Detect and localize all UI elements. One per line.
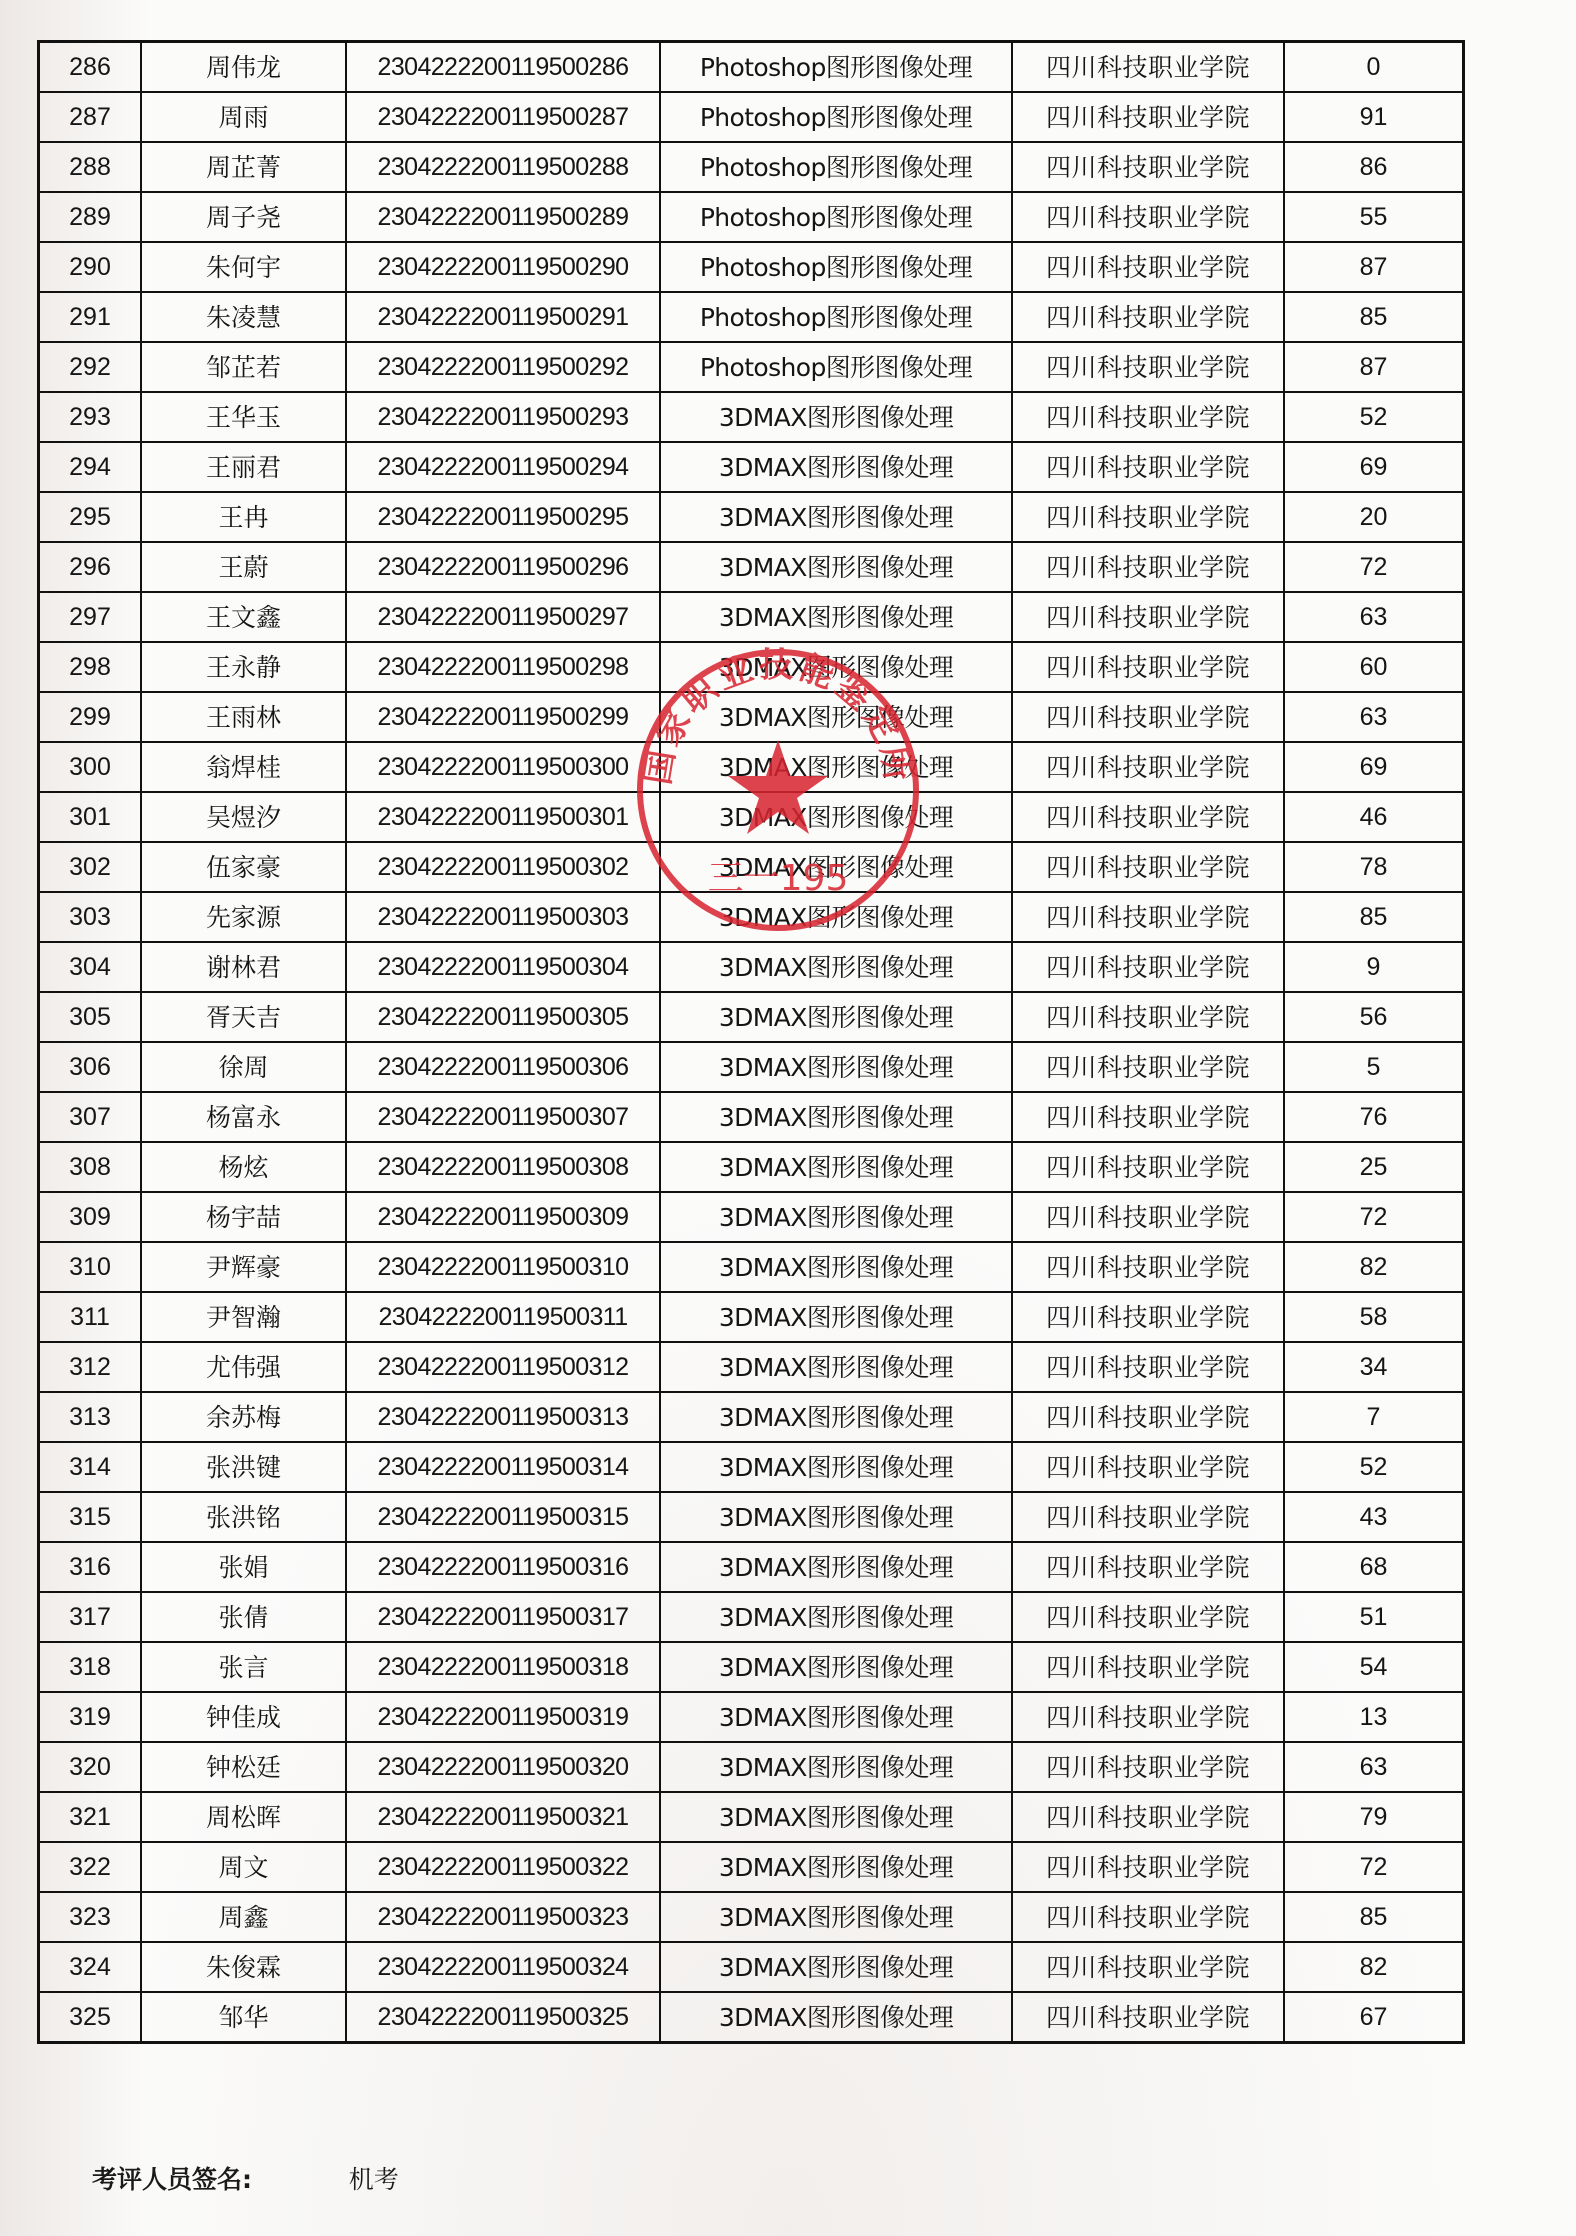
row-school: 四川科技职业学院	[1012, 1942, 1284, 1992]
table-row: 300 翁焊桂 2304222200119500300 3DMAX图形图像处理 …	[39, 742, 1464, 792]
row-school: 四川科技职业学院	[1012, 1792, 1284, 1842]
row-score: 72	[1284, 542, 1464, 592]
row-score: 85	[1284, 892, 1464, 942]
signature-label: 考评人员签名:	[92, 2160, 340, 2196]
row-seq: 319	[39, 1692, 142, 1742]
row-ticket-number: 2304222200119500298	[346, 642, 660, 692]
row-course: 3DMAX图形图像处理	[660, 1642, 1012, 1692]
row-course: 3DMAX图形图像处理	[660, 842, 1012, 892]
row-score: 0	[1284, 42, 1464, 93]
row-seq: 292	[39, 342, 142, 392]
row-course: 3DMAX图形图像处理	[660, 742, 1012, 792]
row-ticket-number: 2304222200119500288	[346, 142, 660, 192]
row-school: 四川科技职业学院	[1012, 1092, 1284, 1142]
row-score: 85	[1284, 1892, 1464, 1942]
table-row: 287 周雨 2304222200119500287 Photoshop图形图像…	[39, 92, 1464, 142]
table-row: 318 张言 2304222200119500318 3DMAX图形图像处理 四…	[39, 1642, 1464, 1692]
table-row: 289 周子尧 2304222200119500289 Photoshop图形图…	[39, 192, 1464, 242]
row-school: 四川科技职业学院	[1012, 42, 1284, 93]
row-course: Photoshop图形图像处理	[660, 92, 1012, 142]
row-school: 四川科技职业学院	[1012, 1292, 1284, 1342]
table-row: 286 周伟龙 2304222200119500286 Photoshop图形图…	[39, 42, 1464, 93]
table-row: 319 钟佳成 2304222200119500319 3DMAX图形图像处理 …	[39, 1692, 1464, 1742]
row-school: 四川科技职业学院	[1012, 642, 1284, 692]
row-score: 76	[1284, 1092, 1464, 1142]
row-ticket-number: 2304222200119500291	[346, 292, 660, 342]
row-name: 杨炫	[141, 1142, 346, 1192]
table-row: 298 王永静 2304222200119500298 3DMAX图形图像处理 …	[39, 642, 1464, 692]
table-row: 310 尹辉豪 2304222200119500310 3DMAX图形图像处理 …	[39, 1242, 1464, 1292]
row-school: 四川科技职业学院	[1012, 1192, 1284, 1242]
row-seq: 325	[39, 1992, 142, 2043]
row-name: 周文	[141, 1842, 346, 1892]
row-seq: 313	[39, 1392, 142, 1442]
row-score: 82	[1284, 1242, 1464, 1292]
row-name: 朱何宇	[141, 242, 346, 292]
row-course: 3DMAX图形图像处理	[660, 442, 1012, 492]
row-school: 四川科技职业学院	[1012, 442, 1284, 492]
row-name: 邹芷若	[141, 342, 346, 392]
row-score: 63	[1284, 692, 1464, 742]
row-ticket-number: 2304222200119500295	[346, 492, 660, 542]
row-seq: 290	[39, 242, 142, 292]
table-row: 317 张倩 2304222200119500317 3DMAX图形图像处理 四…	[39, 1592, 1464, 1642]
row-name: 杨宇喆	[141, 1192, 346, 1242]
row-seq: 322	[39, 1842, 142, 1892]
row-score: 87	[1284, 242, 1464, 292]
row-ticket-number: 2304222200119500312	[346, 1342, 660, 1392]
row-score: 87	[1284, 342, 1464, 392]
row-ticket-number: 2304222200119500296	[346, 542, 660, 592]
row-course: 3DMAX图形图像处理	[660, 992, 1012, 1042]
row-course: 3DMAX图形图像处理	[660, 1442, 1012, 1492]
row-seq: 307	[39, 1092, 142, 1142]
row-score: 69	[1284, 442, 1464, 492]
row-seq: 300	[39, 742, 142, 792]
row-ticket-number: 2304222200119500308	[346, 1142, 660, 1192]
row-name: 周鑫	[141, 1892, 346, 1942]
row-school: 四川科技职业学院	[1012, 192, 1284, 242]
row-seq: 287	[39, 92, 142, 142]
row-score: 7	[1284, 1392, 1464, 1442]
row-ticket-number: 2304222200119500289	[346, 192, 660, 242]
row-score: 63	[1284, 592, 1464, 642]
row-name: 杨富永	[141, 1092, 346, 1142]
row-seq: 310	[39, 1242, 142, 1292]
row-seq: 309	[39, 1192, 142, 1242]
row-name: 周伟龙	[141, 42, 346, 93]
row-course: 3DMAX图形图像处理	[660, 1692, 1012, 1742]
row-ticket-number: 2304222200119500311	[346, 1292, 660, 1342]
table-row: 307 杨富永 2304222200119500307 3DMAX图形图像处理 …	[39, 1092, 1464, 1142]
score-table-body: 286 周伟龙 2304222200119500286 Photoshop图形图…	[39, 42, 1464, 2043]
table-row: 306 徐周 2304222200119500306 3DMAX图形图像处理 四…	[39, 1042, 1464, 1092]
table-row: 324 朱俊霖 2304222200119500324 3DMAX图形图像处理 …	[39, 1942, 1464, 1992]
row-ticket-number: 2304222200119500322	[346, 1842, 660, 1892]
row-school: 四川科技职业学院	[1012, 92, 1284, 142]
row-score: 34	[1284, 1342, 1464, 1392]
row-ticket-number: 2304222200119500297	[346, 592, 660, 642]
row-score: 67	[1284, 1992, 1464, 2043]
row-course: 3DMAX图形图像处理	[660, 1192, 1012, 1242]
table-row: 295 王冉 2304222200119500295 3DMAX图形图像处理 四…	[39, 492, 1464, 542]
row-course: 3DMAX图形图像处理	[660, 1792, 1012, 1842]
row-school: 四川科技职业学院	[1012, 1842, 1284, 1892]
row-score: 20	[1284, 492, 1464, 542]
row-course: 3DMAX图形图像处理	[660, 942, 1012, 992]
row-seq: 291	[39, 292, 142, 342]
row-score: 55	[1284, 192, 1464, 242]
row-name: 王蔚	[141, 542, 346, 592]
row-score: 13	[1284, 1692, 1464, 1742]
row-name: 尹智瀚	[141, 1292, 346, 1342]
row-school: 四川科技职业学院	[1012, 242, 1284, 292]
signature-value: 机考	[349, 2165, 399, 2194]
row-school: 四川科技职业学院	[1012, 1492, 1284, 1542]
row-ticket-number: 2304222200119500286	[346, 42, 660, 93]
row-name: 谢林君	[141, 942, 346, 992]
row-course: 3DMAX图形图像处理	[660, 1942, 1012, 1992]
row-course: 3DMAX图形图像处理	[660, 892, 1012, 942]
row-course: 3DMAX图形图像处理	[660, 542, 1012, 592]
score-table: 286 周伟龙 2304222200119500286 Photoshop图形图…	[37, 40, 1465, 2044]
row-ticket-number: 2304222200119500290	[346, 242, 660, 292]
row-name: 张洪铭	[141, 1492, 346, 1542]
row-ticket-number: 2304222200119500301	[346, 792, 660, 842]
table-row: 291 朱凌慧 2304222200119500291 Photoshop图形图…	[39, 292, 1464, 342]
row-ticket-number: 2304222200119500324	[346, 1942, 660, 1992]
row-name: 王永静	[141, 642, 346, 692]
row-course: Photoshop图形图像处理	[660, 342, 1012, 392]
table-row: 311 尹智瀚 2304222200119500311 3DMAX图形图像处理 …	[39, 1292, 1464, 1342]
table-row: 325 邹华 2304222200119500325 3DMAX图形图像处理 四…	[39, 1992, 1464, 2043]
row-ticket-number: 2304222200119500316	[346, 1542, 660, 1592]
row-seq: 318	[39, 1642, 142, 1692]
row-course: 3DMAX图形图像处理	[660, 1842, 1012, 1892]
row-score: 60	[1284, 642, 1464, 692]
table-row: 293 王华玉 2304222200119500293 3DMAX图形图像处理 …	[39, 392, 1464, 442]
row-ticket-number: 2304222200119500306	[346, 1042, 660, 1092]
row-seq: 315	[39, 1492, 142, 1542]
row-seq: 288	[39, 142, 142, 192]
table-row: 297 王文鑫 2304222200119500297 3DMAX图形图像处理 …	[39, 592, 1464, 642]
row-name: 胥天吉	[141, 992, 346, 1042]
row-name: 余苏梅	[141, 1392, 346, 1442]
row-ticket-number: 2304222200119500325	[346, 1992, 660, 2043]
table-row: 321 周松晖 2304222200119500321 3DMAX图形图像处理 …	[39, 1792, 1464, 1842]
row-school: 四川科技职业学院	[1012, 1392, 1284, 1442]
row-name: 伍家豪	[141, 842, 346, 892]
row-course: 3DMAX图形图像处理	[660, 1392, 1012, 1442]
row-score: 52	[1284, 1442, 1464, 1492]
row-seq: 312	[39, 1342, 142, 1392]
row-name: 翁焊桂	[141, 742, 346, 792]
row-score: 25	[1284, 1142, 1464, 1192]
row-name: 朱俊霖	[141, 1942, 346, 1992]
row-course: Photoshop图形图像处理	[660, 192, 1012, 242]
row-score: 78	[1284, 842, 1464, 892]
row-course: 3DMAX图形图像处理	[660, 492, 1012, 542]
row-name: 邹华	[141, 1992, 346, 2043]
row-score: 69	[1284, 742, 1464, 792]
row-score: 63	[1284, 1742, 1464, 1792]
row-course: 3DMAX图形图像处理	[660, 1142, 1012, 1192]
row-school: 四川科技职业学院	[1012, 1542, 1284, 1592]
row-seq: 311	[39, 1292, 142, 1342]
row-school: 四川科技职业学院	[1012, 342, 1284, 392]
row-ticket-number: 2304222200119500319	[346, 1692, 660, 1742]
row-score: 86	[1284, 142, 1464, 192]
row-course: 3DMAX图形图像处理	[660, 692, 1012, 742]
table-row: 299 王雨林 2304222200119500299 3DMAX图形图像处理 …	[39, 692, 1464, 742]
row-school: 四川科技职业学院	[1012, 542, 1284, 592]
row-seq: 324	[39, 1942, 142, 1992]
row-name: 钟松廷	[141, 1742, 346, 1792]
row-course: 3DMAX图形图像处理	[660, 1042, 1012, 1092]
row-ticket-number: 2304222200119500300	[346, 742, 660, 792]
row-school: 四川科技职业学院	[1012, 1242, 1284, 1292]
row-ticket-number: 2304222200119500309	[346, 1192, 660, 1242]
table-row: 294 王丽君 2304222200119500294 3DMAX图形图像处理 …	[39, 442, 1464, 492]
row-score: 54	[1284, 1642, 1464, 1692]
row-school: 四川科技职业学院	[1012, 1042, 1284, 1092]
table-row: 303 先家源 2304222200119500303 3DMAX图形图像处理 …	[39, 892, 1464, 942]
row-score: 46	[1284, 792, 1464, 842]
row-school: 四川科技职业学院	[1012, 1892, 1284, 1942]
row-school: 四川科技职业学院	[1012, 392, 1284, 442]
row-school: 四川科技职业学院	[1012, 142, 1284, 192]
row-seq: 306	[39, 1042, 142, 1092]
row-seq: 308	[39, 1142, 142, 1192]
row-ticket-number: 2304222200119500302	[346, 842, 660, 892]
row-school: 四川科技职业学院	[1012, 1742, 1284, 1792]
row-seq: 304	[39, 942, 142, 992]
row-seq: 314	[39, 1442, 142, 1492]
row-seq: 299	[39, 692, 142, 742]
row-course: 3DMAX图形图像处理	[660, 1342, 1012, 1392]
table-row: 322 周文 2304222200119500322 3DMAX图形图像处理 四…	[39, 1842, 1464, 1892]
row-seq: 317	[39, 1592, 142, 1642]
row-name: 王丽君	[141, 442, 346, 492]
row-seq: 305	[39, 992, 142, 1042]
row-score: 68	[1284, 1542, 1464, 1592]
row-seq: 286	[39, 42, 142, 93]
table-row: 296 王蔚 2304222200119500296 3DMAX图形图像处理 四…	[39, 542, 1464, 592]
row-name: 王雨林	[141, 692, 346, 742]
row-seq: 296	[39, 542, 142, 592]
row-name: 周子尧	[141, 192, 346, 242]
table-row: 290 朱何宇 2304222200119500290 Photoshop图形图…	[39, 242, 1464, 292]
row-course: 3DMAX图形图像处理	[660, 792, 1012, 842]
row-ticket-number: 2304222200119500305	[346, 992, 660, 1042]
table-row: 323 周鑫 2304222200119500323 3DMAX图形图像处理 四…	[39, 1892, 1464, 1942]
row-name: 张言	[141, 1642, 346, 1692]
row-score: 58	[1284, 1292, 1464, 1342]
row-seq: 302	[39, 842, 142, 892]
row-ticket-number: 2304222200119500323	[346, 1892, 660, 1942]
row-course: 3DMAX图形图像处理	[660, 392, 1012, 442]
row-name: 徐周	[141, 1042, 346, 1092]
table-row: 313 余苏梅 2304222200119500313 3DMAX图形图像处理 …	[39, 1392, 1464, 1442]
row-seq: 316	[39, 1542, 142, 1592]
table-row: 308 杨炫 2304222200119500308 3DMAX图形图像处理 四…	[39, 1142, 1464, 1192]
row-school: 四川科技职业学院	[1012, 492, 1284, 542]
row-course: 3DMAX图形图像处理	[660, 1492, 1012, 1542]
row-course: 3DMAX图形图像处理	[660, 1242, 1012, 1292]
row-school: 四川科技职业学院	[1012, 1592, 1284, 1642]
row-course: 3DMAX图形图像处理	[660, 1742, 1012, 1792]
row-ticket-number: 2304222200119500292	[346, 342, 660, 392]
row-seq: 294	[39, 442, 142, 492]
examiner-signature: 考评人员签名: 机考	[92, 2160, 399, 2196]
row-score: 72	[1284, 1842, 1464, 1892]
row-seq: 321	[39, 1792, 142, 1842]
row-school: 四川科技职业学院	[1012, 1142, 1284, 1192]
row-course: 3DMAX图形图像处理	[660, 1892, 1012, 1942]
row-name: 王冉	[141, 492, 346, 542]
table-row: 320 钟松廷 2304222200119500320 3DMAX图形图像处理 …	[39, 1742, 1464, 1792]
row-course: Photoshop图形图像处理	[660, 142, 1012, 192]
row-ticket-number: 2304222200119500314	[346, 1442, 660, 1492]
row-score: 79	[1284, 1792, 1464, 1842]
row-score: 9	[1284, 942, 1464, 992]
row-seq: 293	[39, 392, 142, 442]
row-score: 85	[1284, 292, 1464, 342]
row-name: 张娟	[141, 1542, 346, 1592]
table-row: 305 胥天吉 2304222200119500305 3DMAX图形图像处理 …	[39, 992, 1464, 1042]
row-score: 43	[1284, 1492, 1464, 1542]
row-course: Photoshop图形图像处理	[660, 42, 1012, 93]
row-name: 周雨	[141, 92, 346, 142]
row-seq: 323	[39, 1892, 142, 1942]
row-school: 四川科技职业学院	[1012, 292, 1284, 342]
row-name: 张倩	[141, 1592, 346, 1642]
row-name: 张洪键	[141, 1442, 346, 1492]
table-row: 304 谢林君 2304222200119500304 3DMAX图形图像处理 …	[39, 942, 1464, 992]
table-row: 315 张洪铭 2304222200119500315 3DMAX图形图像处理 …	[39, 1492, 1464, 1542]
row-score: 72	[1284, 1192, 1464, 1242]
row-ticket-number: 2304222200119500304	[346, 942, 660, 992]
row-school: 四川科技职业学院	[1012, 1642, 1284, 1692]
row-score: 5	[1284, 1042, 1464, 1092]
row-ticket-number: 2304222200119500318	[346, 1642, 660, 1692]
row-course: 3DMAX图形图像处理	[660, 642, 1012, 692]
row-ticket-number: 2304222200119500321	[346, 1792, 660, 1842]
row-ticket-number: 2304222200119500293	[346, 392, 660, 442]
row-course: 3DMAX图形图像处理	[660, 1542, 1012, 1592]
row-school: 四川科技职业学院	[1012, 1342, 1284, 1392]
row-school: 四川科技职业学院	[1012, 842, 1284, 892]
row-score: 56	[1284, 992, 1464, 1042]
row-ticket-number: 2304222200119500317	[346, 1592, 660, 1642]
row-name: 朱凌慧	[141, 292, 346, 342]
row-seq: 295	[39, 492, 142, 542]
row-name: 王华玉	[141, 392, 346, 442]
row-ticket-number: 2304222200119500303	[346, 892, 660, 942]
row-ticket-number: 2304222200119500287	[346, 92, 660, 142]
row-school: 四川科技职业学院	[1012, 1992, 1284, 2043]
row-course: 3DMAX图形图像处理	[660, 1292, 1012, 1342]
row-name: 王文鑫	[141, 592, 346, 642]
row-school: 四川科技职业学院	[1012, 792, 1284, 842]
row-seq: 303	[39, 892, 142, 942]
table-row: 292 邹芷若 2304222200119500292 Photoshop图形图…	[39, 342, 1464, 392]
row-name: 钟佳成	[141, 1692, 346, 1742]
row-ticket-number: 2304222200119500313	[346, 1392, 660, 1442]
row-seq: 298	[39, 642, 142, 692]
row-course: 3DMAX图形图像处理	[660, 1092, 1012, 1142]
row-name: 尤伟强	[141, 1342, 346, 1392]
row-seq: 289	[39, 192, 142, 242]
row-score: 91	[1284, 92, 1464, 142]
row-school: 四川科技职业学院	[1012, 892, 1284, 942]
row-school: 四川科技职业学院	[1012, 742, 1284, 792]
row-course: 3DMAX图形图像处理	[660, 1592, 1012, 1642]
row-seq: 301	[39, 792, 142, 842]
row-score: 52	[1284, 392, 1464, 442]
row-score: 51	[1284, 1592, 1464, 1642]
row-name: 先家源	[141, 892, 346, 942]
row-school: 四川科技职业学院	[1012, 942, 1284, 992]
row-score: 82	[1284, 1942, 1464, 1992]
table-row: 301 吴煜汐 2304222200119500301 3DMAX图形图像处理 …	[39, 792, 1464, 842]
table-row: 312 尤伟强 2304222200119500312 3DMAX图形图像处理 …	[39, 1342, 1464, 1392]
row-school: 四川科技职业学院	[1012, 1442, 1284, 1492]
row-course: Photoshop图形图像处理	[660, 292, 1012, 342]
row-ticket-number: 2304222200119500320	[346, 1742, 660, 1792]
row-name: 周松晖	[141, 1792, 346, 1842]
row-course: Photoshop图形图像处理	[660, 242, 1012, 292]
row-ticket-number: 2304222200119500310	[346, 1242, 660, 1292]
row-ticket-number: 2304222200119500307	[346, 1092, 660, 1142]
row-school: 四川科技职业学院	[1012, 592, 1284, 642]
row-name: 周芷菁	[141, 142, 346, 192]
row-name: 吴煜汐	[141, 792, 346, 842]
table-row: 309 杨宇喆 2304222200119500309 3DMAX图形图像处理 …	[39, 1192, 1464, 1242]
row-course: 3DMAX图形图像处理	[660, 592, 1012, 642]
table-row: 314 张洪键 2304222200119500314 3DMAX图形图像处理 …	[39, 1442, 1464, 1492]
row-ticket-number: 2304222200119500315	[346, 1492, 660, 1542]
row-seq: 297	[39, 592, 142, 642]
table-row: 316 张娟 2304222200119500316 3DMAX图形图像处理 四…	[39, 1542, 1464, 1592]
row-course: 3DMAX图形图像处理	[660, 1992, 1012, 2043]
row-ticket-number: 2304222200119500299	[346, 692, 660, 742]
row-school: 四川科技职业学院	[1012, 1692, 1284, 1742]
table-row: 302 伍家豪 2304222200119500302 3DMAX图形图像处理 …	[39, 842, 1464, 892]
row-name: 尹辉豪	[141, 1242, 346, 1292]
row-seq: 320	[39, 1742, 142, 1792]
row-ticket-number: 2304222200119500294	[346, 442, 660, 492]
row-school: 四川科技职业学院	[1012, 992, 1284, 1042]
table-row: 288 周芷菁 2304222200119500288 Photoshop图形图…	[39, 142, 1464, 192]
row-school: 四川科技职业学院	[1012, 692, 1284, 742]
